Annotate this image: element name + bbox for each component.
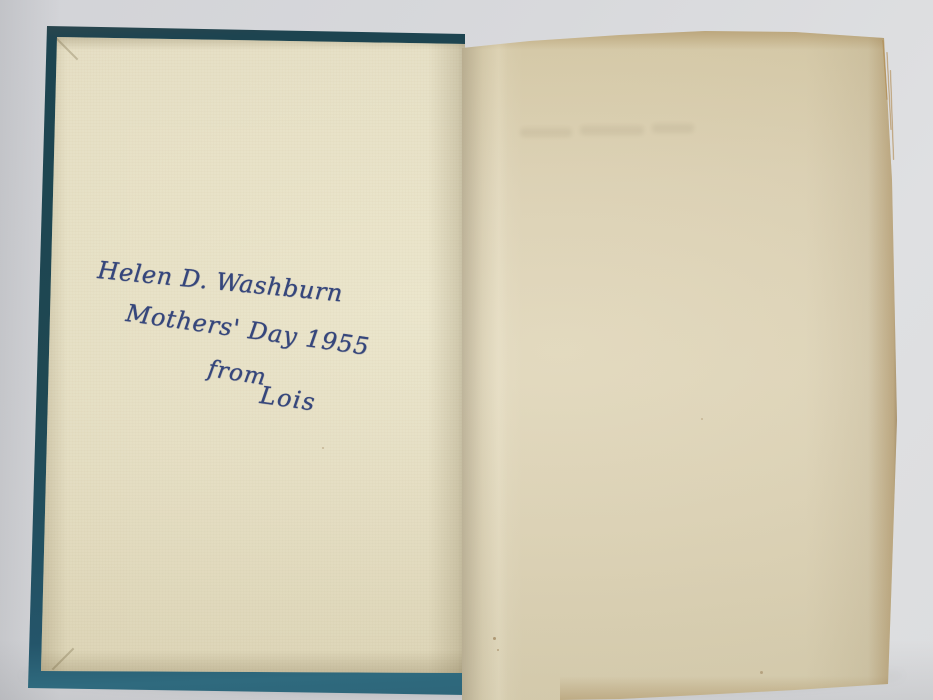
flyleaf-tone — [462, 0, 902, 700]
foxing-speck — [497, 649, 499, 651]
foxing-speck — [493, 637, 496, 640]
foxing-speck — [760, 671, 763, 674]
foxing-speck — [322, 447, 324, 449]
gutter-shadow — [428, 36, 465, 676]
book-photo: Helen D. Washburn Mothers' Day 1955 from… — [0, 0, 933, 700]
flyleaf-top-browning — [462, 28, 887, 50]
page-edge-stack — [889, 70, 894, 160]
endpaper-bottom-shading — [41, 650, 465, 673]
foxing-speck — [701, 418, 703, 420]
flyleaf-gutter-curve-shadow — [462, 40, 508, 700]
